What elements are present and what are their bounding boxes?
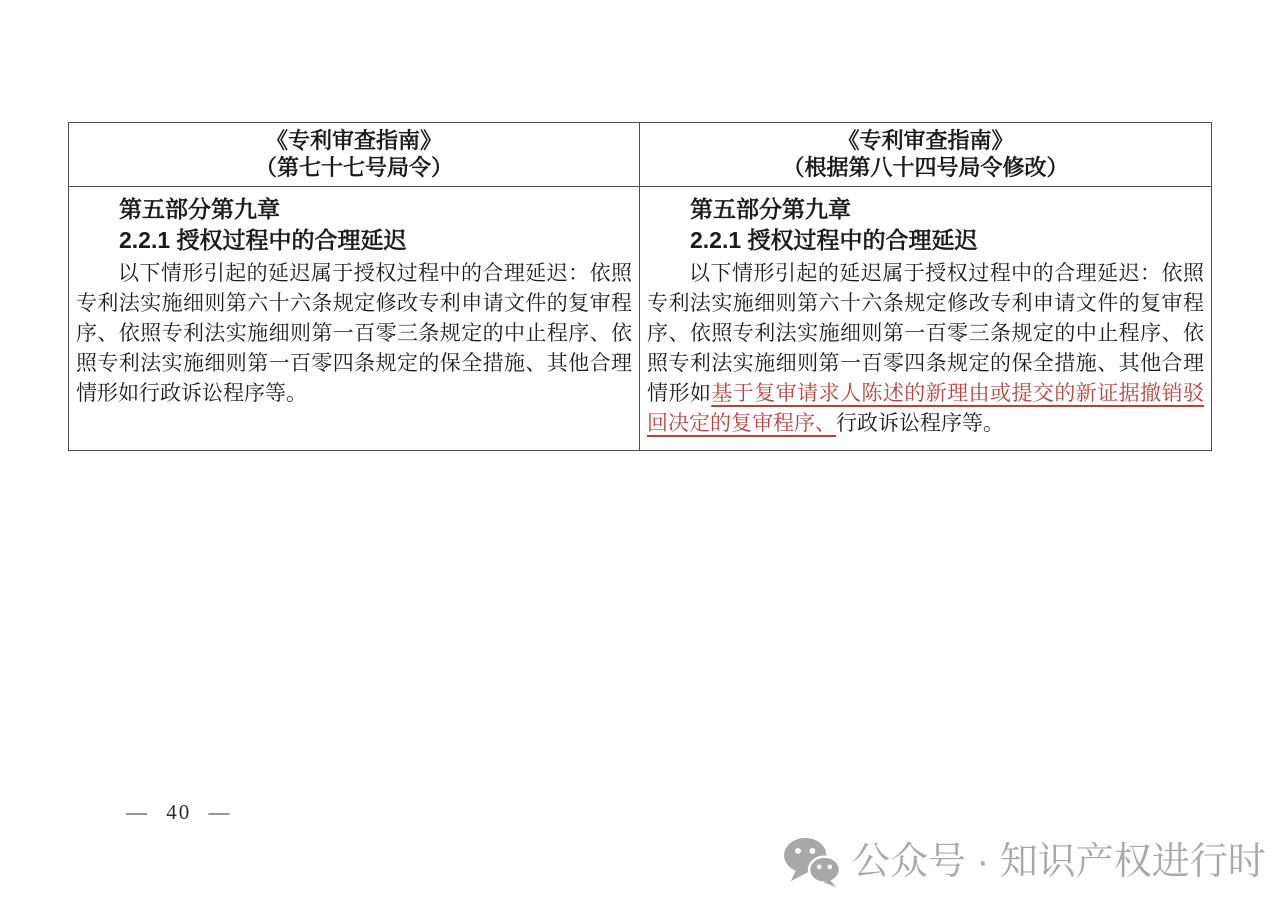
new-version-subtitle: （根据第八十四号局令修改） [640,154,1211,181]
old-version-cell: 第五部分第九章 2.2.1 授权过程中的合理延迟 以下情形引起的延迟属于授权过程… [69,187,640,450]
new-version-title: 《专利审查指南》 [640,127,1211,154]
old-version-paragraph: 以下情形引起的延迟属于授权过程中的合理延迟：依照专利法实施细则第六十六条规定修改… [76,258,632,408]
watermark: 公众号 · 知识产权进行时 [782,836,1266,888]
table-header-new-version: 《专利审查指南》 （根据第八十四号局令修改） [640,123,1211,187]
clause-heading: 2.2.1 授权过程中的合理延迟 [76,225,632,256]
table-header-old-version: 《专利审查指南》 （第七十七号局令） [69,123,640,187]
new-version-paragraph: 以下情形引起的延迟属于授权过程中的合理延迟：依照专利法实施细则第六十六条规定修改… [647,258,1204,438]
page-number: — 40 — [126,800,232,825]
watermark-label: 公众号 · 知识产权进行时 [852,843,1266,881]
new-version-cell: 第五部分第九章 2.2.1 授权过程中的合理延迟 以下情形引起的延迟属于授权过程… [640,187,1211,450]
clause-heading: 2.2.1 授权过程中的合理延迟 [647,225,1204,256]
document-page: 《专利审查指南》 （第七十七号局令） 《专利审查指南》 （根据第八十四号局令修改… [0,0,1280,905]
wechat-icon [782,836,840,888]
old-version-title: 《专利审查指南》 [69,127,639,154]
comparison-table: 《专利审查指南》 （第七十七号局令） 《专利审查指南》 （根据第八十四号局令修改… [68,122,1212,451]
old-version-subtitle: （第七十七号局令） [69,154,639,181]
paragraph-text: 行政诉讼程序等。 [836,411,1004,435]
section-heading: 第五部分第九章 [76,194,632,225]
section-heading: 第五部分第九章 [647,194,1204,225]
